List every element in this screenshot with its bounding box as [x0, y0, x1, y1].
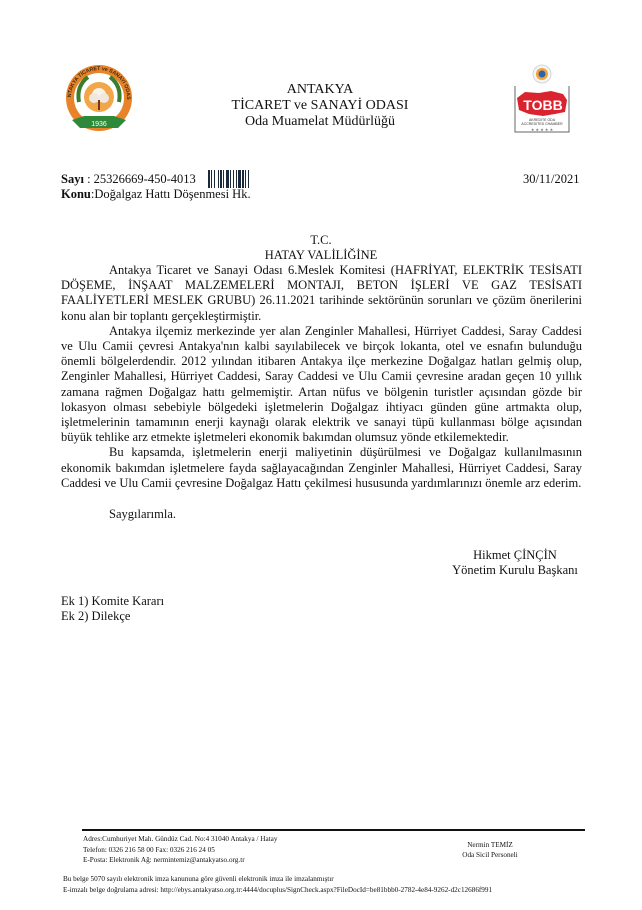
signatory-name: Hikmet ÇİNÇİN: [420, 548, 610, 563]
svg-text:★ ★ ★ ★ ★: ★ ★ ★ ★ ★: [531, 127, 554, 132]
footer-email-line: E-Posta: Elektronik Ağ: nermintemiz@anta…: [83, 855, 277, 866]
letter-body: Antakya Ticaret ve Sanayi Odası 6.Meslek…: [61, 263, 582, 491]
addressee-line2: HATAY VALİLİĞİNE: [0, 248, 642, 263]
antakya-tso-logo: 1936 ANTAKYA TİCARET ve SANAYİ ODASI: [60, 62, 138, 140]
body-paragraph: Antakya Ticaret ve Sanayi Odası 6.Meslek…: [61, 263, 582, 324]
body-paragraph: Antakya ilçemiz merkezinde yer alan Zeng…: [61, 324, 582, 446]
org-name-line2: TİCARET ve SANAYİ ODASI: [190, 98, 450, 114]
subject-value: :Doğalgaz Hattı Döşenmesi Hk.: [91, 187, 251, 201]
subject-row: Konu:Doğalgaz Hattı Döşenmesi Hk.: [61, 187, 251, 202]
personnel-name: Nermin TEMİZ: [455, 840, 525, 850]
barcode-icon: [208, 170, 272, 188]
esignature-notice: Bu belge 5070 sayılı elektronik imza kan…: [63, 874, 492, 895]
org-name-line1: ANTAKYA: [190, 82, 450, 98]
addressee: T.C. HATAY VALİLİĞİNE: [0, 233, 642, 263]
org-department: Oda Muamelat Müdürlüğü: [190, 114, 450, 130]
tobb-accredited-logo: TOBB AKREDİTE ODA ACCREDITED CHAMBER ★ ★…: [503, 62, 581, 140]
reference-label: Sayı: [61, 172, 84, 186]
esign-note: Bu belge 5070 sayılı elektronik imza kan…: [63, 874, 492, 885]
personnel-title: Oda Sicil Personeli: [455, 850, 525, 860]
document-date: 30/11/2021: [523, 172, 579, 187]
svg-text:ACCREDITED CHAMBER: ACCREDITED CHAMBER: [521, 122, 563, 126]
svg-text:TOBB: TOBB: [523, 97, 562, 113]
attachment-item: Ek 2) Dilekçe: [61, 609, 164, 624]
reference-number: : 25326669-450-4013: [87, 172, 196, 186]
attachments-list: Ek 1) Komite Kararı Ek 2) Dilekçe: [61, 594, 164, 624]
signatory-title: Yönetim Kurulu Başkanı: [420, 563, 610, 578]
svg-text:1936: 1936: [91, 121, 107, 128]
esign-verify-link[interactable]: E-imzalı belge doğrulama adresi: http://…: [63, 885, 492, 896]
closing-salutation: Saygılarımla.: [109, 507, 176, 522]
footer-divider: [82, 829, 585, 831]
footer-phone-line: Telefon: 0326 216 58 00 Fax: 0326 216 24…: [83, 845, 277, 856]
attachment-item: Ek 1) Komite Kararı: [61, 594, 164, 609]
body-paragraph: Bu kapsamda, işletmelerin enerji maliyet…: [61, 445, 582, 491]
organization-header: ANTAKYA TİCARET ve SANAYİ ODASI Oda Muam…: [190, 82, 450, 130]
signature-block: Hikmet ÇİNÇİN Yönetim Kurulu Başkanı: [420, 548, 610, 578]
cotton-emblem-icon: 1936 ANTAKYA TİCARET ve SANAYİ ODASI: [60, 62, 138, 140]
footer-address-line: Adres:Cumhuriyet Mah. Gündüz Cad. No:4 3…: [83, 834, 277, 845]
footer-personnel: Nermin TEMİZ Oda Sicil Personeli: [455, 840, 525, 860]
tobb-badge-icon: TOBB AKREDİTE ODA ACCREDITED CHAMBER ★ ★…: [503, 62, 581, 140]
footer-contact: Adres:Cumhuriyet Mah. Gündüz Cad. No:4 3…: [83, 834, 277, 866]
addressee-line1: T.C.: [0, 233, 642, 248]
subject-label: Konu: [61, 187, 91, 201]
